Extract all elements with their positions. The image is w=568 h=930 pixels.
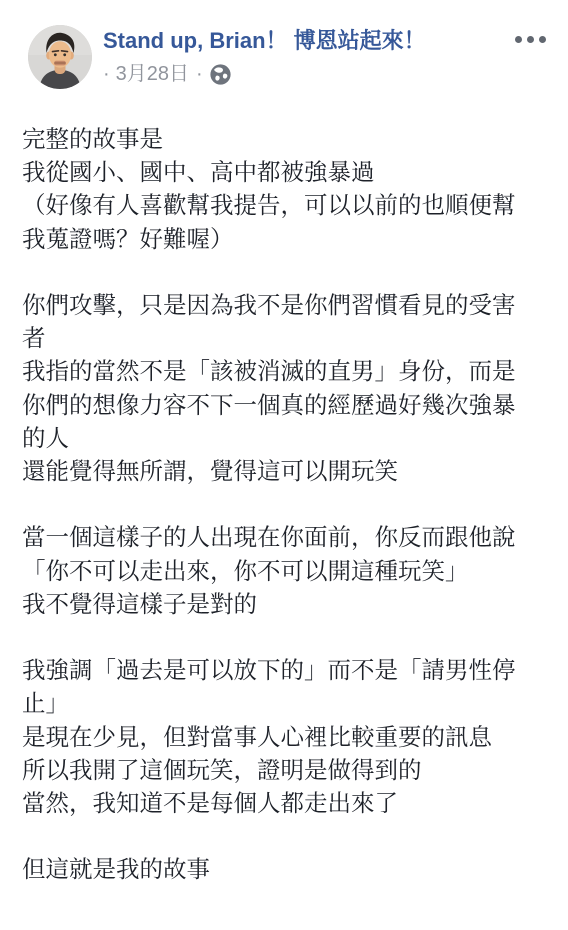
meta-leading-dot: · (103, 61, 116, 87)
post-text-line: 還能覺得無所謂，覺得這可以開玩笑 (22, 455, 544, 488)
post-paragraph: 你們攻擊，只是因為我不是你們習慣看見的受害 者 我指的當然不是「該被消滅的直男」… (22, 289, 544, 488)
post-text-line: 止」 (22, 687, 544, 720)
facebook-post-card: Stand up, Brian！ 博恩站起來！ · 3月28日 · (0, 0, 568, 930)
post-text-line: 所以我開了這個玩笑，證明是做得到的 (22, 754, 544, 787)
post-text-line: 我指的當然不是「該被消滅的直男」身份，而是 (22, 355, 544, 388)
meta-separator-dot: · (189, 61, 210, 87)
post-text-line: （好像有人喜歡幫我提告，可以以前的也順便幫 (22, 189, 544, 222)
avatar[interactable] (28, 25, 92, 89)
post-paragraph: 當一個這樣子的人出現在你面前，你反而跟他說 「你不可以走出來，你不可以開這種玩笑… (22, 521, 544, 621)
post-text-line: 者 (22, 322, 544, 355)
post-meta: · 3月28日 · (103, 61, 515, 87)
profile-photo-icon (28, 25, 92, 89)
page-name-link[interactable]: Stand up, Brian！ 博恩站起來！ (103, 25, 515, 57)
post-paragraph: 完整的故事是 我從國小、國中、高中都被強暴過 （好像有人喜歡幫我提告，可以以前的… (22, 123, 544, 256)
post-text-line: 「你不可以走出來，你不可以開這種玩笑」 (22, 555, 544, 588)
post-text-line: 我從國小、國中、高中都被強暴過 (22, 156, 544, 189)
post-header: Stand up, Brian！ 博恩站起來！ · 3月28日 · (0, 0, 568, 89)
post-text-line: 我蒐證嗎？好難喔） (22, 223, 544, 256)
post-text-line: 我強調「過去是可以放下的」而不是「請男性停 (22, 654, 544, 687)
timestamp-link[interactable]: 3月28日 (116, 61, 189, 87)
post-text-line: 你們的想像力容不下一個真的經歷過好幾次強暴 (22, 389, 544, 422)
post-text-line: 的人 (22, 422, 544, 455)
post-text-line: 當然，我知道不是每個人都走出來了 (22, 787, 544, 820)
post-header-text: Stand up, Brian！ 博恩站起來！ · 3月28日 · (92, 25, 515, 87)
post-text-line: 但這就是我的故事 (22, 853, 544, 886)
post-text-line: 你們攻擊，只是因為我不是你們習慣看見的受害 (22, 289, 544, 322)
ellipsis-icon (515, 36, 522, 43)
post-content: 完整的故事是 我從國小、國中、高中都被強暴過 （好像有人喜歡幫我提告，可以以前的… (0, 89, 568, 887)
post-text-line: 當一個這樣子的人出現在你面前，你反而跟他說 (22, 521, 544, 554)
post-paragraph: 但這就是我的故事 (22, 853, 544, 886)
more-options-button[interactable] (515, 32, 546, 47)
post-text-line: 完整的故事是 (22, 123, 544, 156)
post-paragraph: 我強調「過去是可以放下的」而不是「請男性停 止」 是現在少見，但對當事人心裡比較… (22, 654, 544, 820)
post-text-line: 是現在少見，但對當事人心裡比較重要的訊息 (22, 721, 544, 754)
post-text-line: 我不覺得這樣子是對的 (22, 588, 544, 621)
globe-icon (210, 64, 231, 85)
